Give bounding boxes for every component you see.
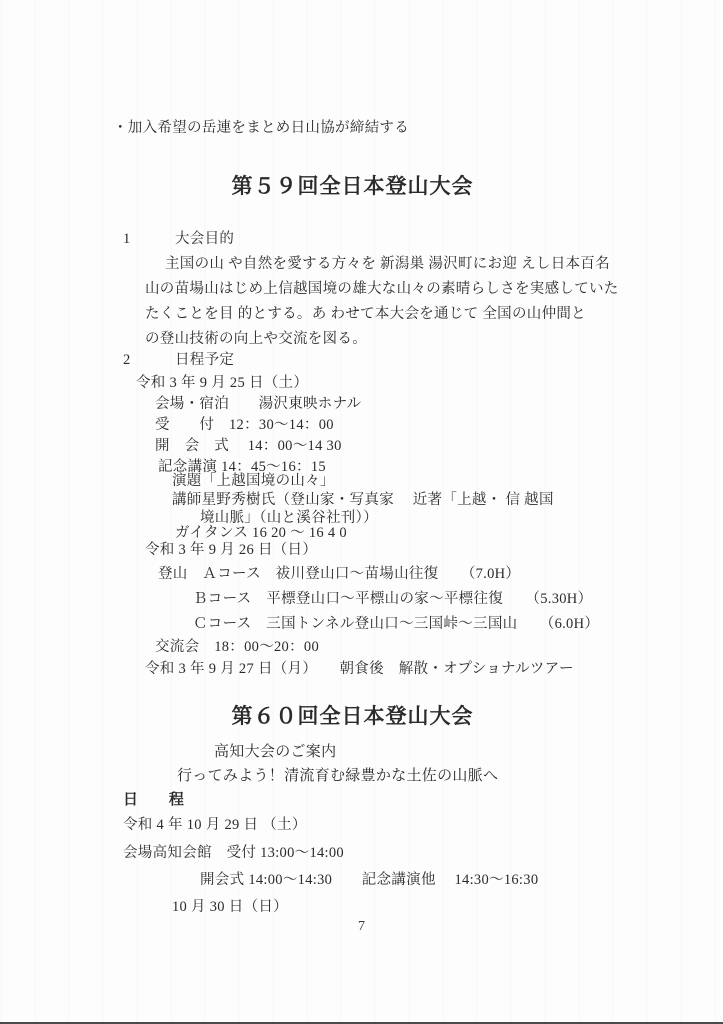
day1-lecturer-line1: 講師星野秀樹氏（登山家・写真家 近著「上越・ 信 越国 bbox=[172, 490, 554, 510]
purpose-heading-line: 1 大会目的 bbox=[123, 229, 234, 249]
convention59-title: 第５９回全日本登山大会 bbox=[0, 170, 705, 200]
purpose-paragraph-line3: たくことを目 的とする。あ わせて本大会を通じて 全国の山仲間と bbox=[145, 304, 586, 324]
schedule-heading: 日程予定 bbox=[175, 352, 234, 368]
day2-course-b-line: Ｂコース 平標登山口～平標山の家～平標往復 （5.30H） bbox=[193, 589, 592, 609]
schedule-heading-gap bbox=[131, 352, 175, 368]
day1-venue-line: 会場・宿泊 湯沢東映ホナル bbox=[155, 394, 361, 414]
page-number: 7 bbox=[0, 919, 723, 935]
purpose-heading: 大会目的 bbox=[175, 231, 234, 247]
convention60-day2-date-line: 10 月 30 日（日） bbox=[172, 897, 288, 917]
convention60-subtitle2: 行ってみよう！清流育む緑豊かな土佐の山脈へ bbox=[177, 766, 498, 786]
day1-lecture-theme-line: 演題「上越国境の山々」 bbox=[172, 471, 335, 491]
day2-course-a-line: 登山 Ａコース 祓川登山口～苗場山往復 （7.0H） bbox=[158, 564, 520, 584]
day3-date-line: 令和 3 年 9 月 27 日（月） 朝食後 解散・オプショナルツアー bbox=[145, 659, 574, 679]
convention60-day1-date-line: 令和 4 年 10 月 29 日 （土） bbox=[123, 815, 307, 835]
intro-bullet-line: ・加入希望の岳連をまとめ日山協が締結する bbox=[113, 118, 409, 138]
purpose-heading-gap bbox=[131, 231, 175, 247]
purpose-paragraph-line2: 山の苗場山はじめ上信越国境の雄大な山々の素晴らしさを実感していた bbox=[145, 279, 619, 299]
convention60-subtitle1: 高知大会のご案内 bbox=[214, 742, 336, 762]
schedule-number: 2 bbox=[123, 352, 131, 368]
day2-party-line: 交流会 18：00～20：00 bbox=[155, 637, 319, 657]
convention60-schedule-heading: 日 程 bbox=[123, 790, 184, 810]
day2-date-line: 令和 3 年 9 月 26 日（日） bbox=[145, 540, 317, 560]
document-page: ・加入希望の岳連をまとめ日山協が締結する 第５９回全日本登山大会 1 大会目的 … bbox=[0, 0, 723, 1024]
day1-opening-ceremony-line: 開 会 式 14：00～14 30 bbox=[155, 436, 342, 456]
purpose-number: 1 bbox=[123, 231, 131, 247]
convention60-day1-ceremony-line: 開会式 14:00～14:30 記念講演他 14:30～16:30 bbox=[200, 870, 538, 890]
schedule-heading-line: 2 日程予定 bbox=[123, 350, 234, 370]
convention60-title: 第６０回全日本登山大会 bbox=[0, 700, 705, 730]
purpose-paragraph-line4: の登山技術の向上や交流を図る。 bbox=[145, 329, 367, 349]
day2-course-c-line: Ｃコース 三国トンネル登山口～三国峠～三国山 （6.0H） bbox=[193, 614, 599, 634]
convention60-day1-venue-line: 会場高知会館 受付 13:00～14:00 bbox=[123, 843, 344, 863]
day1-reception-line: 受 付 12：30～14：00 bbox=[155, 415, 334, 435]
purpose-paragraph-line1: 主国の山 や自然を愛する方々を 新潟巣 湯沢町にお迎 えし日本百名 bbox=[165, 254, 610, 274]
day1-date-line: 令和 3 年 9 月 25 日（土） bbox=[136, 373, 308, 393]
